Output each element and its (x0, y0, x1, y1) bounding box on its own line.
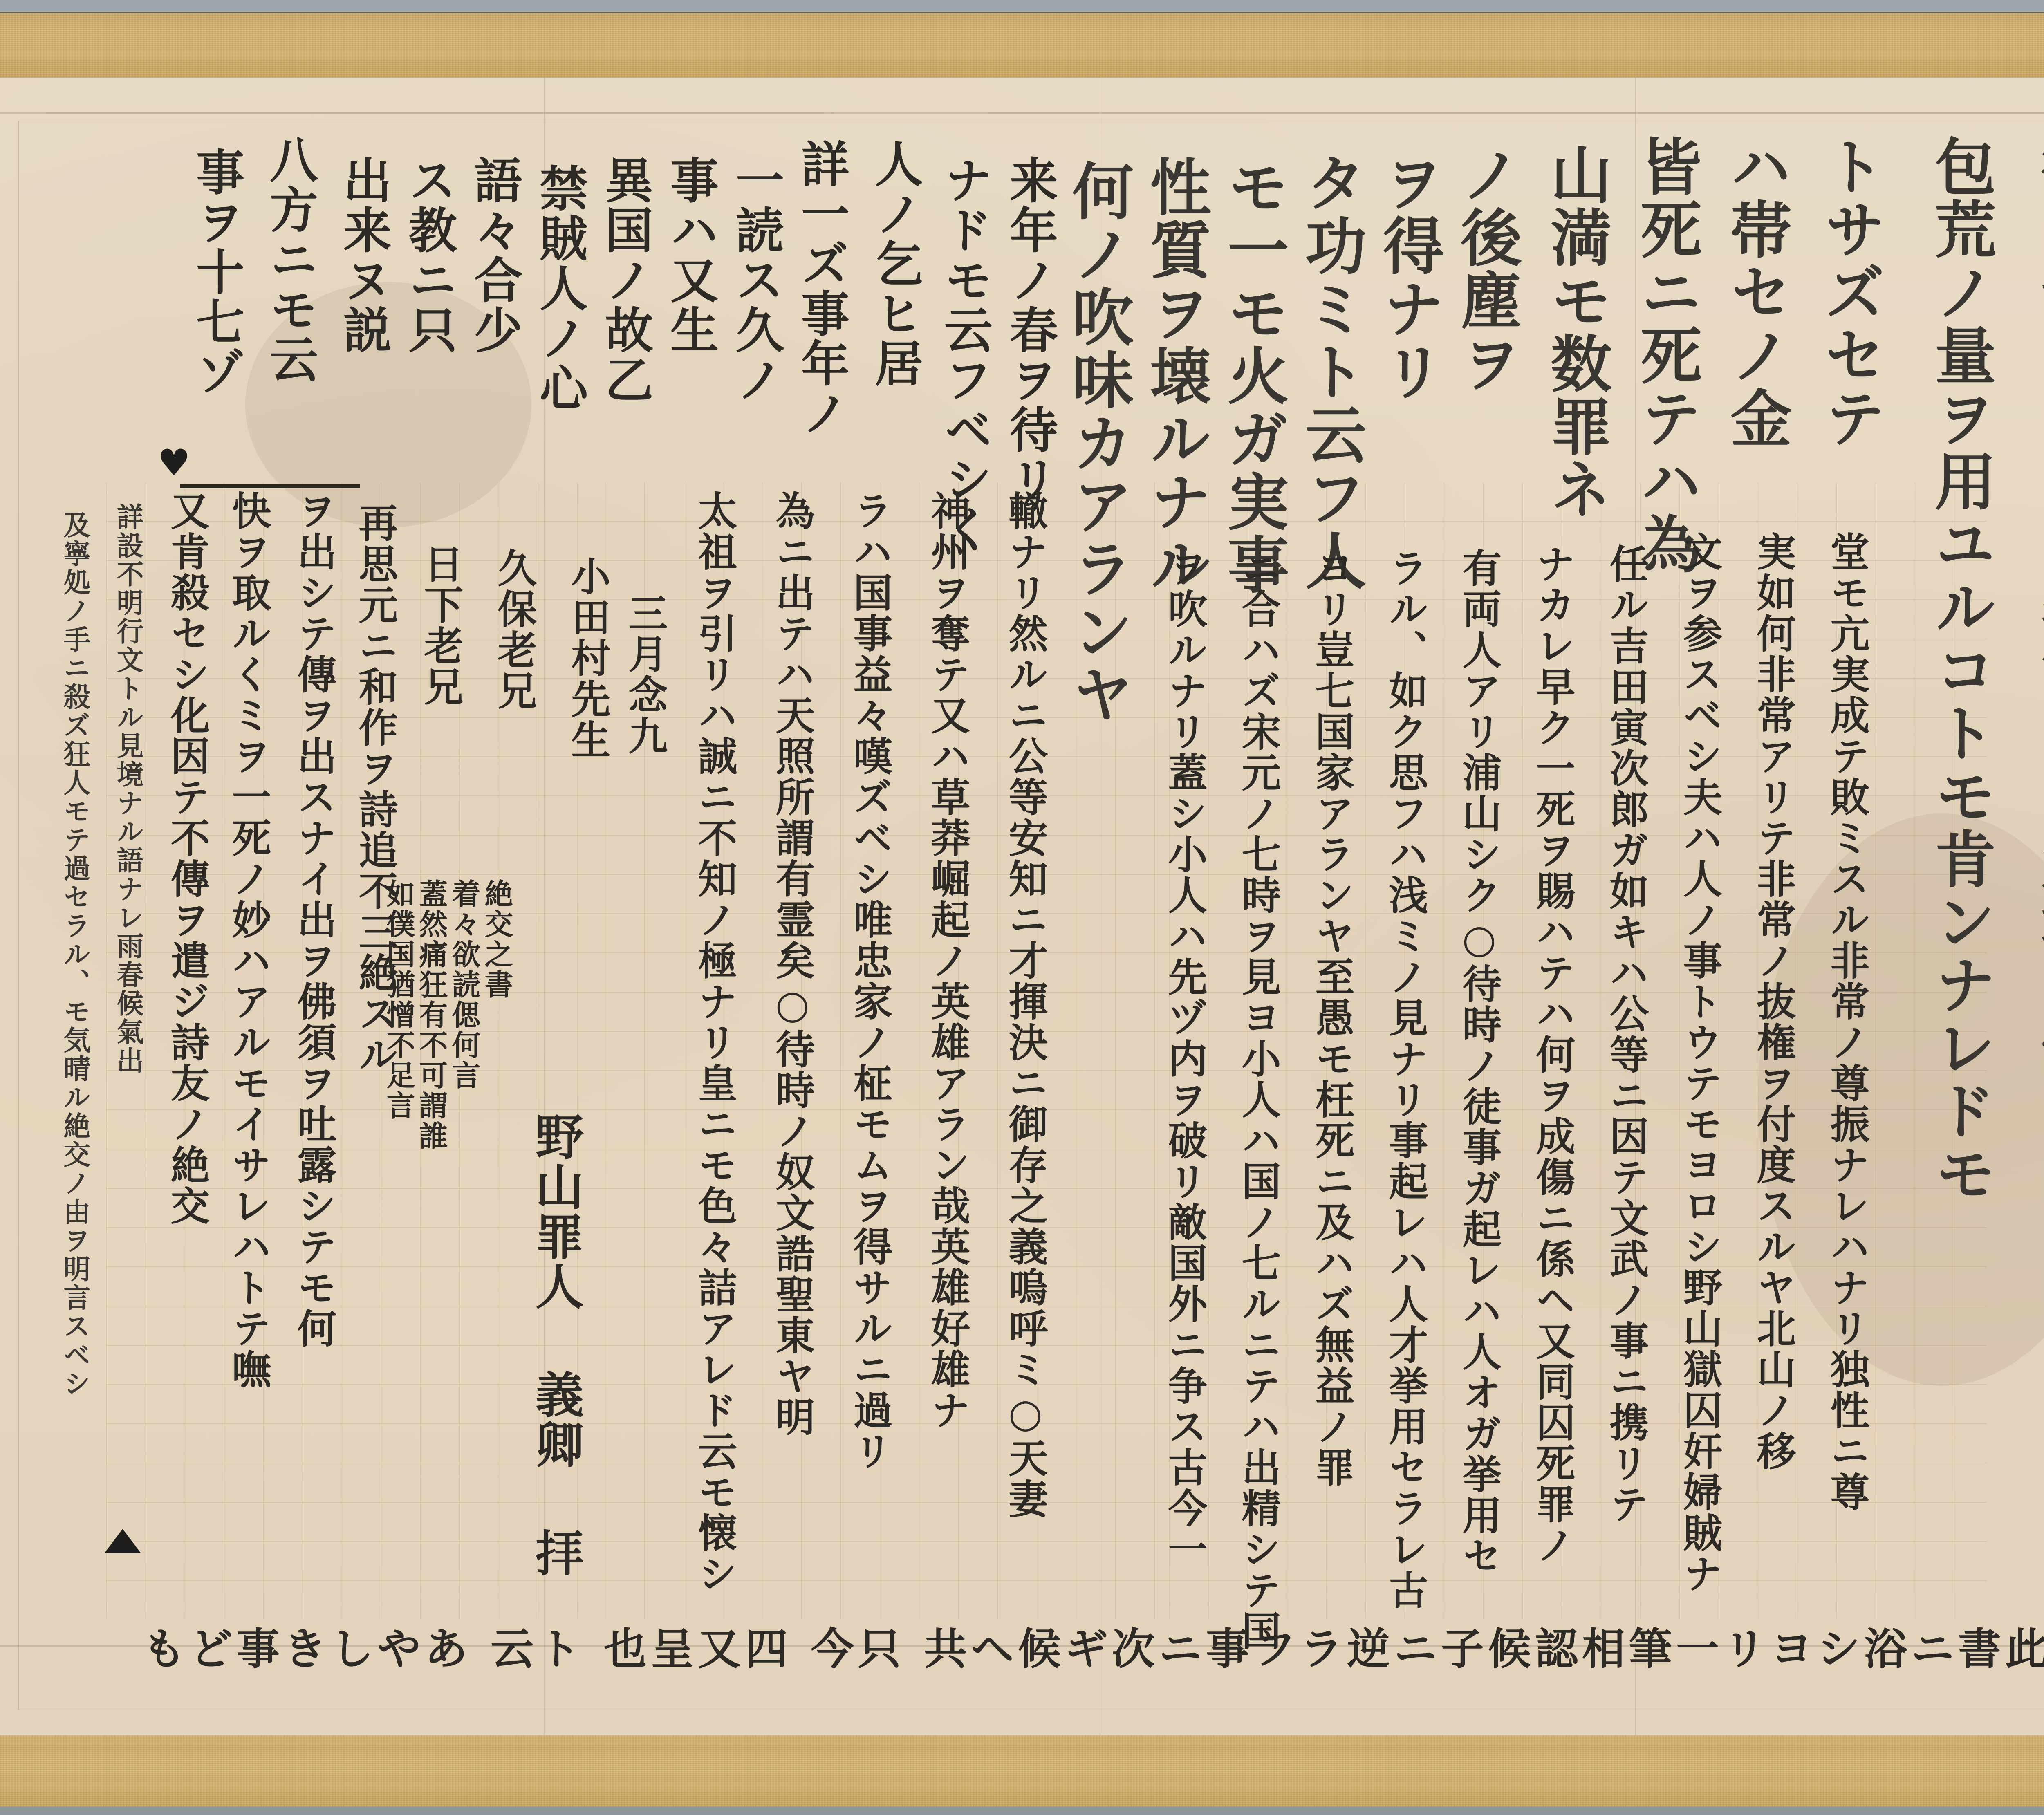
text-column: ナドモ云フベシく (940, 155, 988, 554)
text-column: 禁賊人ノ心 (536, 164, 584, 413)
addressee: 久保老兄 (495, 548, 534, 711)
text-column: ヲ出シテ傳ヲ出スナイ出ヲ佛須ヲ吐露シテモ何 (294, 491, 334, 1349)
ink-triangle-mark (104, 1529, 141, 1553)
addressee: 小田村先生 (568, 556, 607, 760)
text-column: 語々合少 (470, 155, 518, 355)
ink-heart-mark: ♥ (157, 441, 191, 484)
text-column: 人ノ乞ヒ居 (871, 139, 919, 388)
paper-fold-line (0, 112, 2044, 114)
text-column: 異国ノ故乙 (601, 155, 649, 405)
text-column: 快ヲ取ルくミヲ一死ノ妙ハアルモイサレハトテ嘸 (229, 491, 268, 1390)
text-column: 八方ニモ云 (266, 135, 314, 384)
silk-mount-top (0, 12, 2044, 79)
text-column: 事ハ又生 (666, 155, 715, 355)
text-column: ヲ吹ルナリ蓋シ小人ハ先ヅ内ヲ破リ敵国外ニ争ス古今一 (1165, 548, 1204, 1570)
poem-note: 着々欲読偲何言 (450, 879, 478, 1091)
text-column: ノ後塵ヲ (1455, 143, 1517, 395)
bottom-inscription: 此書ニ浴シヨリ一筆相認候子ニ逆ラフ事ニ次ギ候ヘ共 只今 四又呈也 ト云 あやしき… (98, 1615, 2044, 1688)
text-column: 事ヲ十七ゾ (192, 147, 240, 397)
text-column: タ功ミト云フ人 (1300, 151, 1361, 592)
text-column: 再思元ニ和作ヲ詩追不三絶スル (356, 503, 395, 1075)
text-column: 後ニ云フスレハ名節自ラ天地ニ愧ズトナス (2036, 135, 2044, 1331)
text-column: ヲ得ナリ (1378, 151, 1439, 403)
addressee: 日下老兄 (421, 544, 460, 707)
text-column-annotation: 詳設不明行文トル見境ナル語ナレ雨春候氣出 (114, 503, 141, 1075)
text-column: 堂モ亢実成テ敗ミスル非常ノ尊振ナレハナリ独性ニ尊 (1827, 531, 1867, 1512)
text-column: モ一モ火ガ実事 (1222, 155, 1284, 596)
text-column: 詳一ズ事年ノ (797, 139, 845, 438)
text-column: ラハ国事益々嘆ズベシ唯忠家ノ柾モムヲ得サルニ過リ (850, 491, 890, 1472)
text-column: 実如何非常アリテ非常ノ抜権ヲ付度スルヤ北山ノ移 (1754, 531, 1793, 1472)
text-column: 為ニ出テハ天照所謂有霊矣○待時ノ奴文誥聖東ヤ明 (773, 491, 812, 1438)
text-column: 又肯殺セシ化因テ不傳ヲ遣ジ詩友ノ絶交 (168, 491, 207, 1226)
text-column: 太祖ヲ引リハ誠ニ不知ノ極ナリ皇ニモ色々詰アレド云モ懐シ (695, 491, 734, 1594)
text-column: ハ帯セノ金 (1725, 135, 1786, 450)
text-column: トサズセテ (1819, 135, 1880, 450)
text-column: 有両人アリ浦山シク○待時ノ徒事ガ起レハ人オガ挙用セ (1459, 548, 1499, 1577)
outer-edge-bottom (0, 1807, 2044, 1815)
poem-note: 蓋然痛狂有不可謂誰 (417, 879, 446, 1151)
date: 三月念九 (625, 593, 665, 756)
text-column: 出来ヌ説 (339, 155, 388, 355)
text-column: 神州ヲ奪テ又ハ草莽崛起ノ英雄アラン哉英雄好雄ナ (928, 491, 967, 1431)
text-column: 一読ス久ノ (732, 155, 780, 405)
text-column: 来年ノ春ヲ待リ (1006, 155, 1054, 504)
text-column: 包荒ノ量ヲ用ユルコトモ肯ンナレドモ (1930, 135, 1991, 1205)
outer-edge-top (0, 0, 2044, 12)
text-column: 性質ヲ壊ルナル (1145, 155, 1206, 596)
text-column: ニ合ハズ宋元ノ七時ヲ見ヨ小人ハ国ノ七ルニテハ出精シテ国 (1239, 548, 1278, 1651)
text-column-annotation: 及寧処ノ手ニ殺ズ狂人モテ過セラル、モ気晴ル絶交ノ由ヲ明言スベシ (61, 511, 88, 1398)
text-column: 何ノ吹味カアランヤ (1067, 159, 1128, 726)
signature: 野山罪人 義卿 拝 (531, 1112, 580, 1578)
text-column: 轍ナリ然ルニ公等安知ニ才揮決ニ御存之義嗚呼ミ○天妻 (1006, 491, 1045, 1519)
text-column: 山満モ数罪ネ (1545, 143, 1607, 521)
horizontal-ink-rule (180, 484, 360, 488)
text-column: 文ヲ参スベシ夫ハ人ノ事トウテモヨロシ野山獄囚奸婦賊ナ (1680, 531, 1719, 1594)
text-column: 任ル吉田寅次郎ガ如キハ公等ニ因テ文武ノ事ニ携リテ (1607, 544, 1646, 1525)
text-column: ラル、如ク思フハ浅ミノ見ナリ事起レハ人才挙用セラレ古 (1386, 548, 1425, 1611)
text-column: ヨリ豈七国家アランヤ至愚モ枉死ニ及ハズ無益ノ罪 (1312, 548, 1351, 1488)
text-column: 皆死ニ死テハ為 (1635, 135, 1697, 576)
silk-mount-bottom (0, 1735, 2044, 1807)
poem-note: 絶交之書 (482, 879, 511, 1000)
text-column: ス教ニ只 (405, 155, 453, 355)
text-column: ナカレ早ク一死ヲ賜ハテハ何ヲ成傷ニ係ヘ又同囚死罪ノ (1533, 544, 1572, 1566)
